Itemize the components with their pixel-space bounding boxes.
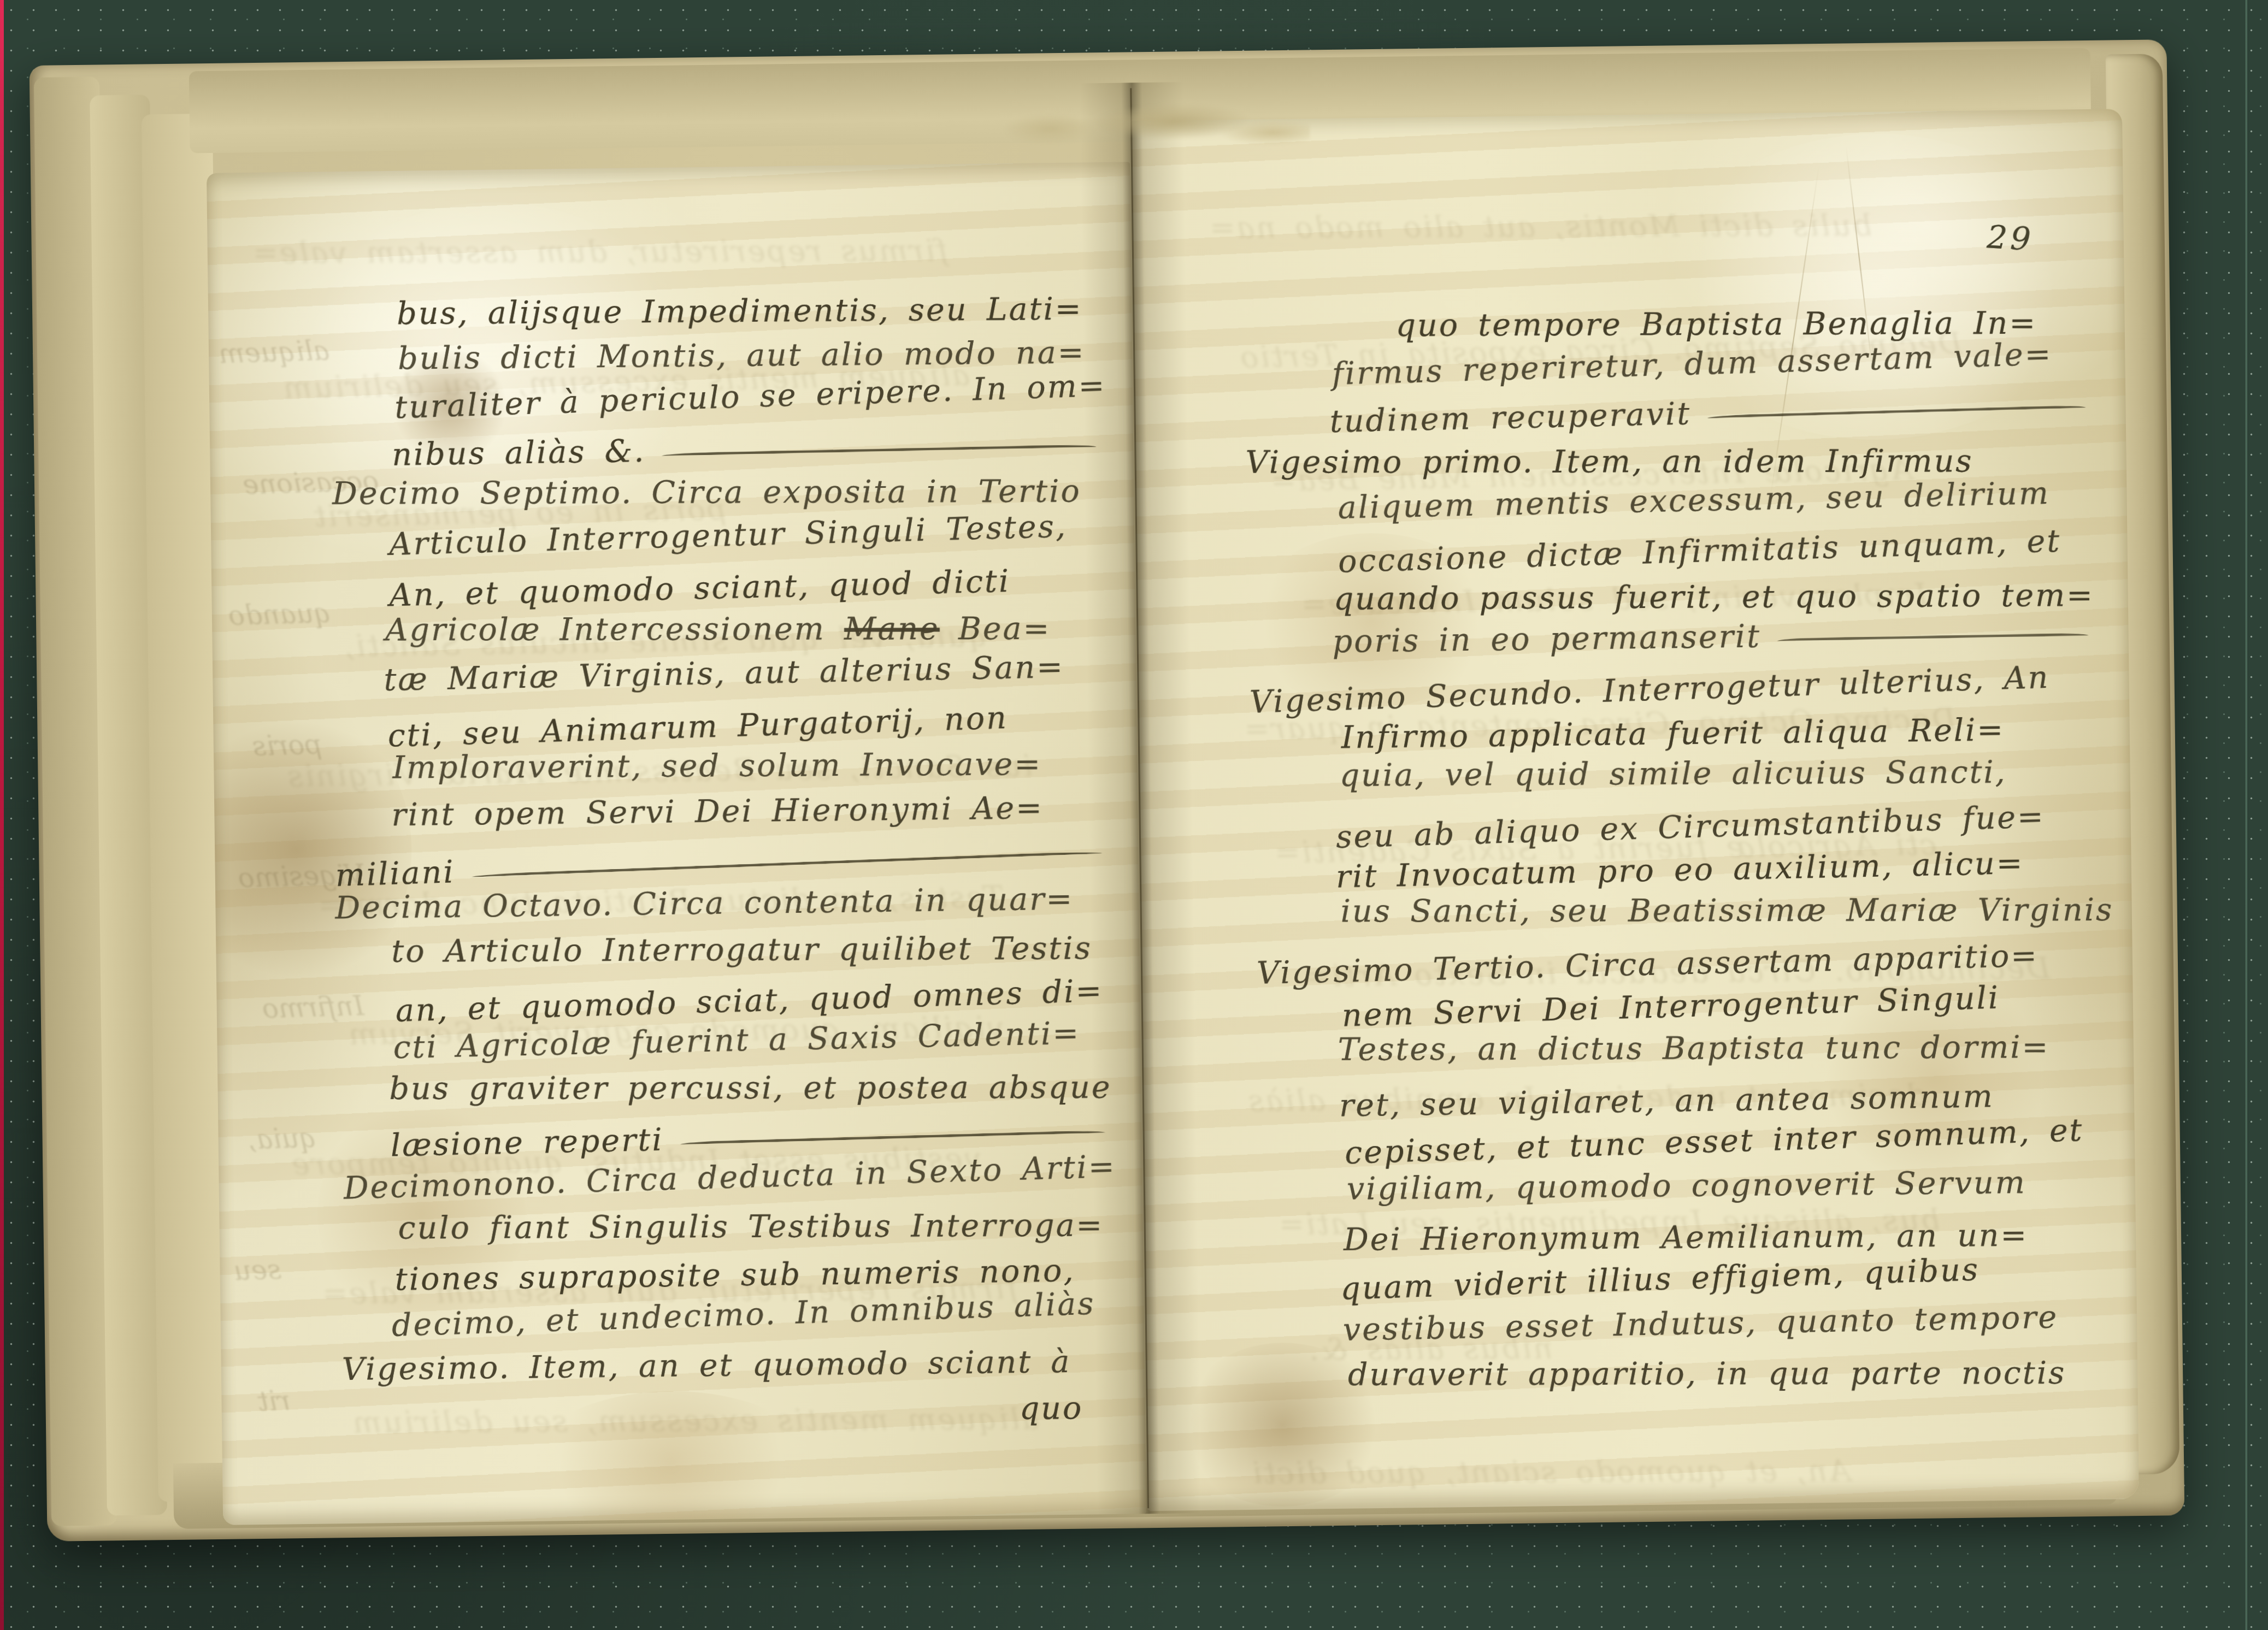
manuscript-text: duraverit apparitio, in qua parte noctis xyxy=(1348,1351,2066,1397)
manuscript-text: quo xyxy=(1019,1386,1083,1431)
manuscript-line: ius Sancti, seu Beatissimæ Mariæ Virgini… xyxy=(1341,888,2111,933)
manuscript-text: nibus aliàs &. xyxy=(392,429,646,476)
manuscript-line: nibus aliàs &. xyxy=(392,422,1111,476)
manuscript-line: bus, alijsque Impedimentis, seu Lati= xyxy=(396,287,1115,335)
manuscript-text: bus, alijsque Impedimentis, seu Lati= xyxy=(396,287,1082,335)
manuscript-text: rint opem Servi Dei Hieronymi Ae= xyxy=(391,786,1044,837)
ink-flourish-line xyxy=(680,1130,1105,1145)
left-page: firmus reperiretur, dum assertam vale=al… xyxy=(207,162,1146,1525)
manuscript-line: poris in eo permanserit xyxy=(1332,610,2103,663)
manuscript-text: Decima Octavo. Circa contenta in quar= xyxy=(335,877,1074,930)
ink-flourish-line xyxy=(662,444,1097,456)
manuscript-text: to Articulo Interrogatur quilibet Testis xyxy=(392,926,1093,973)
manuscript-line: duraverit apparitio, in qua parte noctis xyxy=(1348,1351,2118,1397)
manuscript-line: bus graviter percussi, et postea absque xyxy=(390,1066,1119,1111)
manuscript-line: Agricolæ Intercessionem Mane Bea= xyxy=(385,606,1115,652)
manuscript-text: poris in eo permanserit xyxy=(1332,615,1761,663)
scanned-photo-stage: firmus reperiretur, dum assertam vale=al… xyxy=(0,0,2268,1630)
manuscript-line: culo fiant Singulis Testibus Interroga= xyxy=(398,1203,1127,1250)
manuscript-text: Testes, an dictus Baptista tunc dormi= xyxy=(1338,1025,2050,1072)
manuscript-line: quo xyxy=(1019,1386,1083,1431)
manuscript-line: Vigesimo. Item, an et quomodo sciant à xyxy=(342,1339,1124,1391)
manuscript-text: tæ Mariæ Virginis, aut alterius San= xyxy=(384,645,1065,702)
gutter-paper-damage xyxy=(1004,96,1310,160)
manuscript-text: Imploraverint, sed solum Invocave= xyxy=(392,742,1042,789)
scan-edge-red-line xyxy=(0,0,4,1630)
manuscript-line: Imploraverint, sed solum Invocave= xyxy=(392,742,1122,789)
ink-flourish-line xyxy=(472,851,1103,877)
struck-word: Mane xyxy=(844,611,940,647)
manuscript-text: Agricolæ Intercessionem Mane Bea= xyxy=(385,607,1051,652)
manuscript-text: Vigesimo. Item, an et quomodo sciant à xyxy=(342,1340,1071,1391)
manuscript-text: tudinem recuperavit xyxy=(1329,392,1692,444)
manuscript-text: ius Sancti, seu Beatissimæ Mariæ Virgini… xyxy=(1341,888,2114,933)
right-page: bulis dicti Montis, aut alio modo na=Dec… xyxy=(1130,109,2139,1511)
manuscript-line: Testes, an dictus Baptista tunc dormi= xyxy=(1338,1025,2108,1071)
manuscript-line: vigiliam, quomodo cognoverit Servum xyxy=(1346,1160,2117,1211)
manuscript-line: quia, vel quid simile alicuius Sancti, xyxy=(1340,750,2110,798)
manuscript-line: rint opem Servi Dei Hieronymi Ae= xyxy=(391,786,1121,837)
manuscript-text: bus graviter percussi, et postea absque xyxy=(390,1066,1112,1111)
manuscript-line: Decima Octavo. Circa contenta in quar= xyxy=(335,876,1117,930)
open-manuscript-book: firmus reperiretur, dum assertam vale=al… xyxy=(25,37,2193,1546)
manuscript-text: vigiliam, quomodo cognoverit Servum xyxy=(1346,1161,2027,1211)
manuscript-text: quia, vel quid simile alicuius Sancti, xyxy=(1340,751,2007,798)
left-page-text-block: bus, alijsque Impedimentis, seu Lati=bul… xyxy=(207,162,1146,1525)
manuscript-line: tæ Mariæ Virginis, aut alterius San= xyxy=(384,644,1114,702)
manuscript-line: to Articulo Interrogatur quilibet Testis xyxy=(392,926,1121,973)
right-page-text-block: quo tempore Baptista Benaglia In=firmus … xyxy=(1130,109,2139,1511)
ink-flourish-line xyxy=(1707,405,2086,418)
ink-flourish-line xyxy=(1777,633,2089,641)
background-seam-line xyxy=(2245,0,2248,1630)
manuscript-text: culo fiant Singulis Testibus Interroga= xyxy=(398,1203,1104,1250)
